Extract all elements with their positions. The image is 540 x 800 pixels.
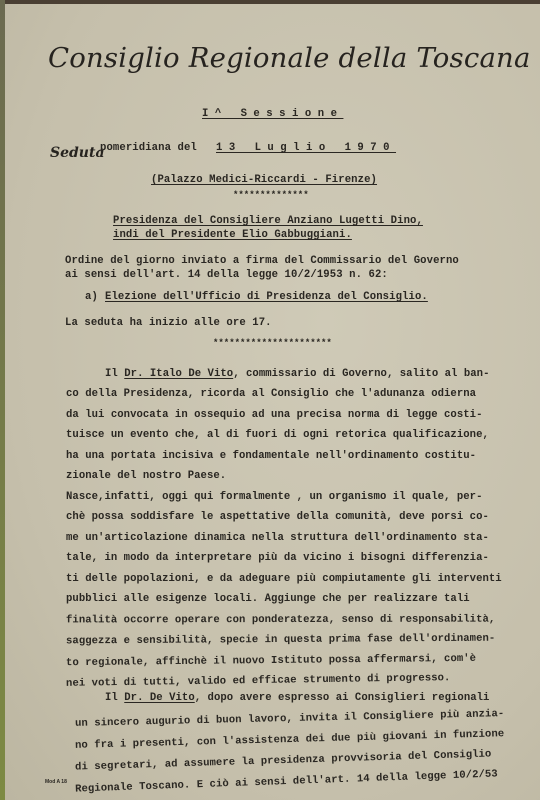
agenda-intro-1: Ordine del giorno inviato a firma del Co…	[65, 255, 459, 267]
body-line-text: , dopo avere espresso ai Consiglieri reg…	[195, 692, 490, 704]
body-line: ti delle popolazioni, e da adeguare più …	[66, 573, 502, 585]
separator-stars: **************	[233, 190, 309, 200]
seduta-label: Seduta	[50, 145, 105, 161]
presidency-line-2: indi del Presidente Elio Gabbuggiani.	[113, 229, 352, 241]
speaker-name: Dr. De Vito	[124, 692, 194, 704]
body-line: nei voti di tutti, valido ed efficae str…	[66, 672, 451, 690]
body-line: tuisce un evento che, al di fuori di ogn…	[66, 429, 489, 441]
form-code: Mod A 18	[45, 779, 67, 785]
body-line: me un'articolazione dinamica nella strut…	[66, 532, 489, 544]
seduta-type: pomeridiana del	[100, 142, 197, 154]
body-line: finalità occorre operare con ponderatezz…	[66, 613, 495, 626]
letterhead-title: Consiglio Regionale della Toscana	[48, 42, 508, 74]
body-line: co della Presidenza, ricorda al Consigli…	[66, 388, 476, 400]
separator-stars-2: **********************	[213, 338, 332, 348]
body-lead-word: Il	[105, 692, 118, 704]
agenda-item-text: Elezione dell'Ufficio di Presidenza del …	[105, 291, 428, 303]
body-line: no fra i presenti, con l'assistenza dei …	[75, 728, 504, 752]
speaker-name: Dr. Italo De Vito	[124, 368, 233, 380]
body-line: un sincero augurio di buon lavoro, invit…	[75, 708, 504, 730]
body-lead-word: Il	[105, 368, 118, 380]
body-line: da lui convocata in ossequio ad una prec…	[66, 409, 482, 421]
body-line: Nasce,infatti, oggi qui formalmente , un…	[66, 491, 482, 503]
body-line: pubblici alle esigenze locali. Aggiunge …	[66, 593, 470, 605]
body-line: ha una portata incisiva e fondamentale n…	[66, 450, 476, 462]
session-start-text: La seduta ha inizio alle ore 17.	[65, 317, 272, 329]
session-date: 13 Luglio 1970	[216, 142, 396, 154]
agenda-intro-2: ai sensi dell'art. 14 della legge 10/2/1…	[65, 269, 388, 281]
body-line: chè possa soddisfare le aspettative dell…	[66, 511, 489, 523]
document-page: Consiglio Regionale della Toscana I^ Ses…	[5, 4, 540, 800]
agenda-item-marker: a)	[85, 291, 98, 303]
body-line: di segretari, ad assumere la presidenza …	[75, 748, 492, 773]
body-line: to regionale, affinchè il nuovo Istituto…	[66, 652, 476, 668]
session-label: I^ Sessione	[202, 108, 343, 120]
presidency-line-1: Presidenza del Consigliere Anziano Luget…	[113, 215, 423, 227]
body-line: saggezza e sensibilità, specie in questa…	[66, 633, 495, 648]
session-location: (Palazzo Medici-Riccardi - Firenze)	[151, 174, 377, 186]
body-line: Regionale Toscano. E ciò ai sensi dell'a…	[75, 768, 498, 795]
body-paragraph-1-first-line: Il Dr. Italo De Vito, commissario di Gov…	[105, 368, 489, 380]
body-line-text: , commissario di Governo, salito al ban-	[233, 368, 489, 380]
body-paragraph-2-first-line: Il Dr. De Vito, dopo avere espresso ai C…	[105, 692, 489, 704]
body-line: tale, in modo da interpretare più da vic…	[66, 552, 489, 564]
body-line: zionale del nostro Paese.	[66, 470, 226, 482]
